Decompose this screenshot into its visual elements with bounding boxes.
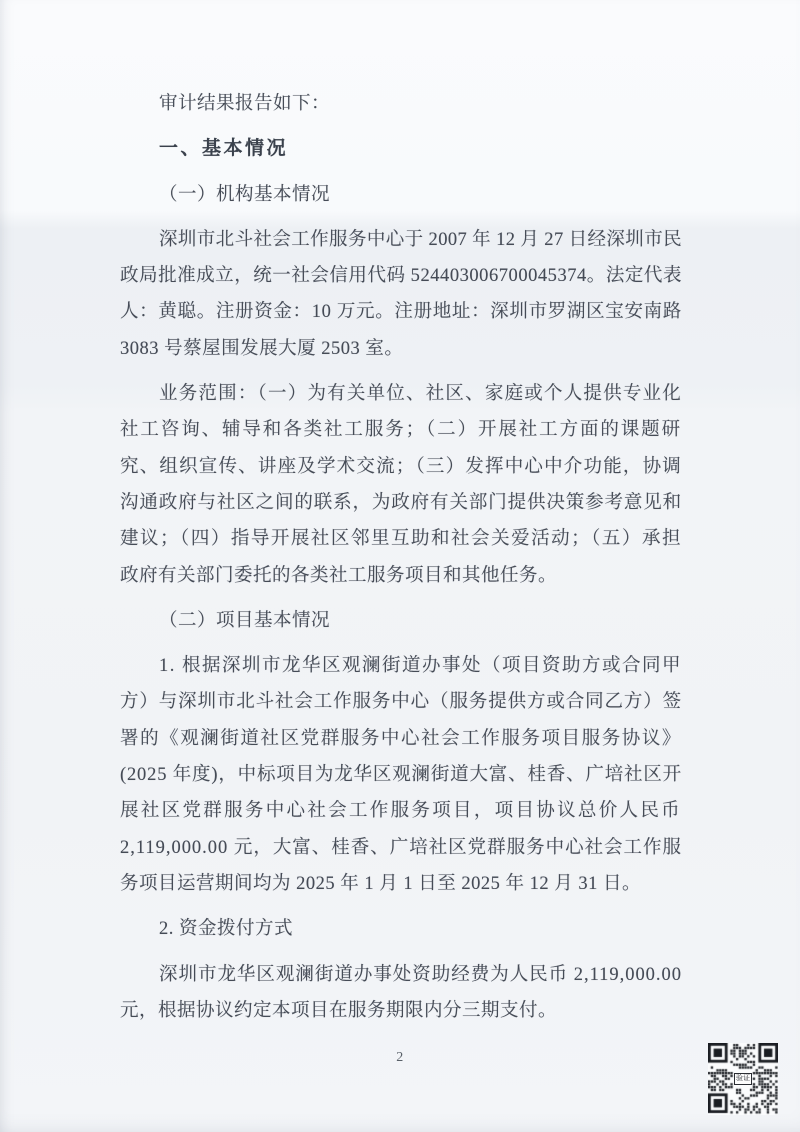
line-text: 建议；（四）指导开展社区邻里互助和社会关爱活动；（五）承担: [120, 521, 682, 557]
line-text: 2,119,000.00 元，大富、桂香、广培社区党群服务中心社会工作服: [120, 830, 682, 866]
document-line: 究、组织宣传、讲座及学术交流；（三）发挥中心中介功能，协调: [120, 449, 682, 485]
line-text: 究、组织宣传、讲座及学术交流；（三）发挥中心中介功能，协调: [120, 449, 682, 485]
document-line: 沟通政府与社区之间的联系，为政府有关部门提供决策参考意见和: [120, 485, 682, 521]
scanned-page: 审计结果报告如下：一、基本情况（一）机构基本情况深圳市北斗社会工作服务中心于 2…: [0, 0, 800, 1132]
document-line: 政局批准成立，统一社会信用代码 524403006700045374。法定代表: [120, 258, 682, 294]
document-line: 2,119,000.00 元，大富、桂香、广培社区党群服务中心社会工作服: [120, 830, 682, 866]
document-line: 展社区党群服务中心社会工作服务项目，项目协议总价人民币: [120, 793, 682, 829]
line-text: 务项目运营期间均为 2025 年 1 月 1 日至 2025 年 12 月 31…: [120, 866, 641, 902]
paragraph: 深圳市龙华区观澜街道办事处资助经费为人民币 2,119,000.00元，根据协议…: [120, 957, 682, 1030]
line-text: （一）机构基本情况: [159, 177, 330, 213]
document-line: 深圳市北斗社会工作服务中心于 2007 年 12 月 27 日经深圳市民: [120, 222, 682, 258]
document-body: 审计结果报告如下：一、基本情况（一）机构基本情况深圳市北斗社会工作服务中心于 2…: [120, 86, 682, 1029]
paragraph: （一）机构基本情况: [120, 177, 682, 213]
document-line: 人：黄聪。注册资金：10 万元。注册地址：深圳市罗湖区宝安南路: [120, 294, 682, 330]
document-line: 社工咨询、辅导和各类社工服务；（二）开展社工方面的课题研: [120, 412, 682, 448]
line-text: 业务范围：（一）为有关单位、社区、家庭或个人提供专业化: [159, 376, 682, 412]
document-line: 建议；（四）指导开展社区邻里互助和社会关爱活动；（五）承担: [120, 521, 682, 557]
document-line: 2. 资金拨付方式: [120, 911, 682, 947]
line-text: 深圳市北斗社会工作服务中心于 2007 年 12 月 27 日经深圳市民: [159, 222, 682, 258]
line-text: 1. 根据深圳市龙华区观澜街道办事处（项目资助方或合同甲: [159, 648, 682, 684]
line-text: 方）与深圳市北斗社会工作服务中心（服务提供方或合同乙方）签: [120, 684, 682, 720]
qr-center-label: 验证: [734, 1073, 752, 1085]
document-line: 政府有关部门委托的各类社工服务项目和其他任务。: [120, 558, 682, 594]
line-text: 深圳市龙华区观澜街道办事处资助经费为人民币 2,119,000.00: [159, 957, 682, 993]
line-text: 2. 资金拨付方式: [159, 911, 293, 947]
document-line: 方）与深圳市北斗社会工作服务中心（服务提供方或合同乙方）签: [120, 684, 682, 720]
line-text: 审计结果报告如下：: [159, 86, 330, 122]
line-text: （二）项目基本情况: [159, 603, 330, 639]
document-line: 审计结果报告如下：: [120, 86, 682, 122]
document-line: 务项目运营期间均为 2025 年 1 月 1 日至 2025 年 12 月 31…: [120, 866, 682, 902]
paragraph: 一、基本情况: [120, 131, 682, 167]
document-line: 深圳市龙华区观澜街道办事处资助经费为人民币 2,119,000.00: [120, 957, 682, 993]
line-text: (2025 年度)，中标项目为龙华区观澜街道大富、桂香、广培社区开: [120, 757, 682, 793]
line-text: 社工咨询、辅导和各类社工服务；（二）开展社工方面的课题研: [120, 412, 682, 448]
document-line: 3083 号蔡屋围发展大厦 2503 室。: [120, 331, 682, 367]
document-line: 1. 根据深圳市龙华区观澜街道办事处（项目资助方或合同甲: [120, 648, 682, 684]
line-text: 政府有关部门委托的各类社工服务项目和其他任务。: [120, 558, 557, 594]
document-line: 署的《观澜街道社区党群服务中心社会工作服务项目服务协议》: [120, 721, 682, 757]
document-line: （二）项目基本情况: [120, 603, 682, 639]
line-text: 一、基本情况: [159, 131, 288, 167]
document-line: （一）机构基本情况: [120, 177, 682, 213]
paragraph: 深圳市北斗社会工作服务中心于 2007 年 12 月 27 日经深圳市民政局批准…: [120, 222, 682, 367]
line-text: 署的《观澜街道社区党群服务中心社会工作服务项目服务协议》: [120, 721, 682, 757]
paragraph: 2. 资金拨付方式: [120, 911, 682, 947]
line-text: 展社区党群服务中心社会工作服务项目，项目协议总价人民币: [120, 793, 682, 829]
page-number: 2: [0, 1050, 800, 1066]
paragraph: 审计结果报告如下：: [120, 86, 682, 122]
section-heading-line: 一、基本情况: [120, 131, 682, 167]
line-text: 政局批准成立，统一社会信用代码 524403006700045374。法定代表: [120, 258, 682, 294]
document-line: 业务范围：（一）为有关单位、社区、家庭或个人提供专业化: [120, 376, 682, 412]
paragraph: （二）项目基本情况: [120, 603, 682, 639]
line-text: 沟通政府与社区之间的联系，为政府有关部门提供决策参考意见和: [120, 485, 682, 521]
document-line: 元，根据协议约定本项目在服务期限内分三期支付。: [120, 993, 682, 1029]
paragraph: 1. 根据深圳市龙华区观澜街道办事处（项目资助方或合同甲方）与深圳市北斗社会工作…: [120, 648, 682, 902]
document-line: (2025 年度)，中标项目为龙华区观澜街道大富、桂香、广培社区开: [120, 757, 682, 793]
line-text: 人：黄聪。注册资金：10 万元。注册地址：深圳市罗湖区宝安南路: [120, 294, 682, 330]
paragraph: 业务范围：（一）为有关单位、社区、家庭或个人提供专业化社工咨询、辅导和各类社工服…: [120, 376, 682, 594]
line-text: 3083 号蔡屋围发展大厦 2503 室。: [120, 331, 403, 367]
qr-region: 验证: [708, 1043, 778, 1115]
line-text: 元，根据协议约定本项目在服务期限内分三期支付。: [120, 993, 557, 1029]
